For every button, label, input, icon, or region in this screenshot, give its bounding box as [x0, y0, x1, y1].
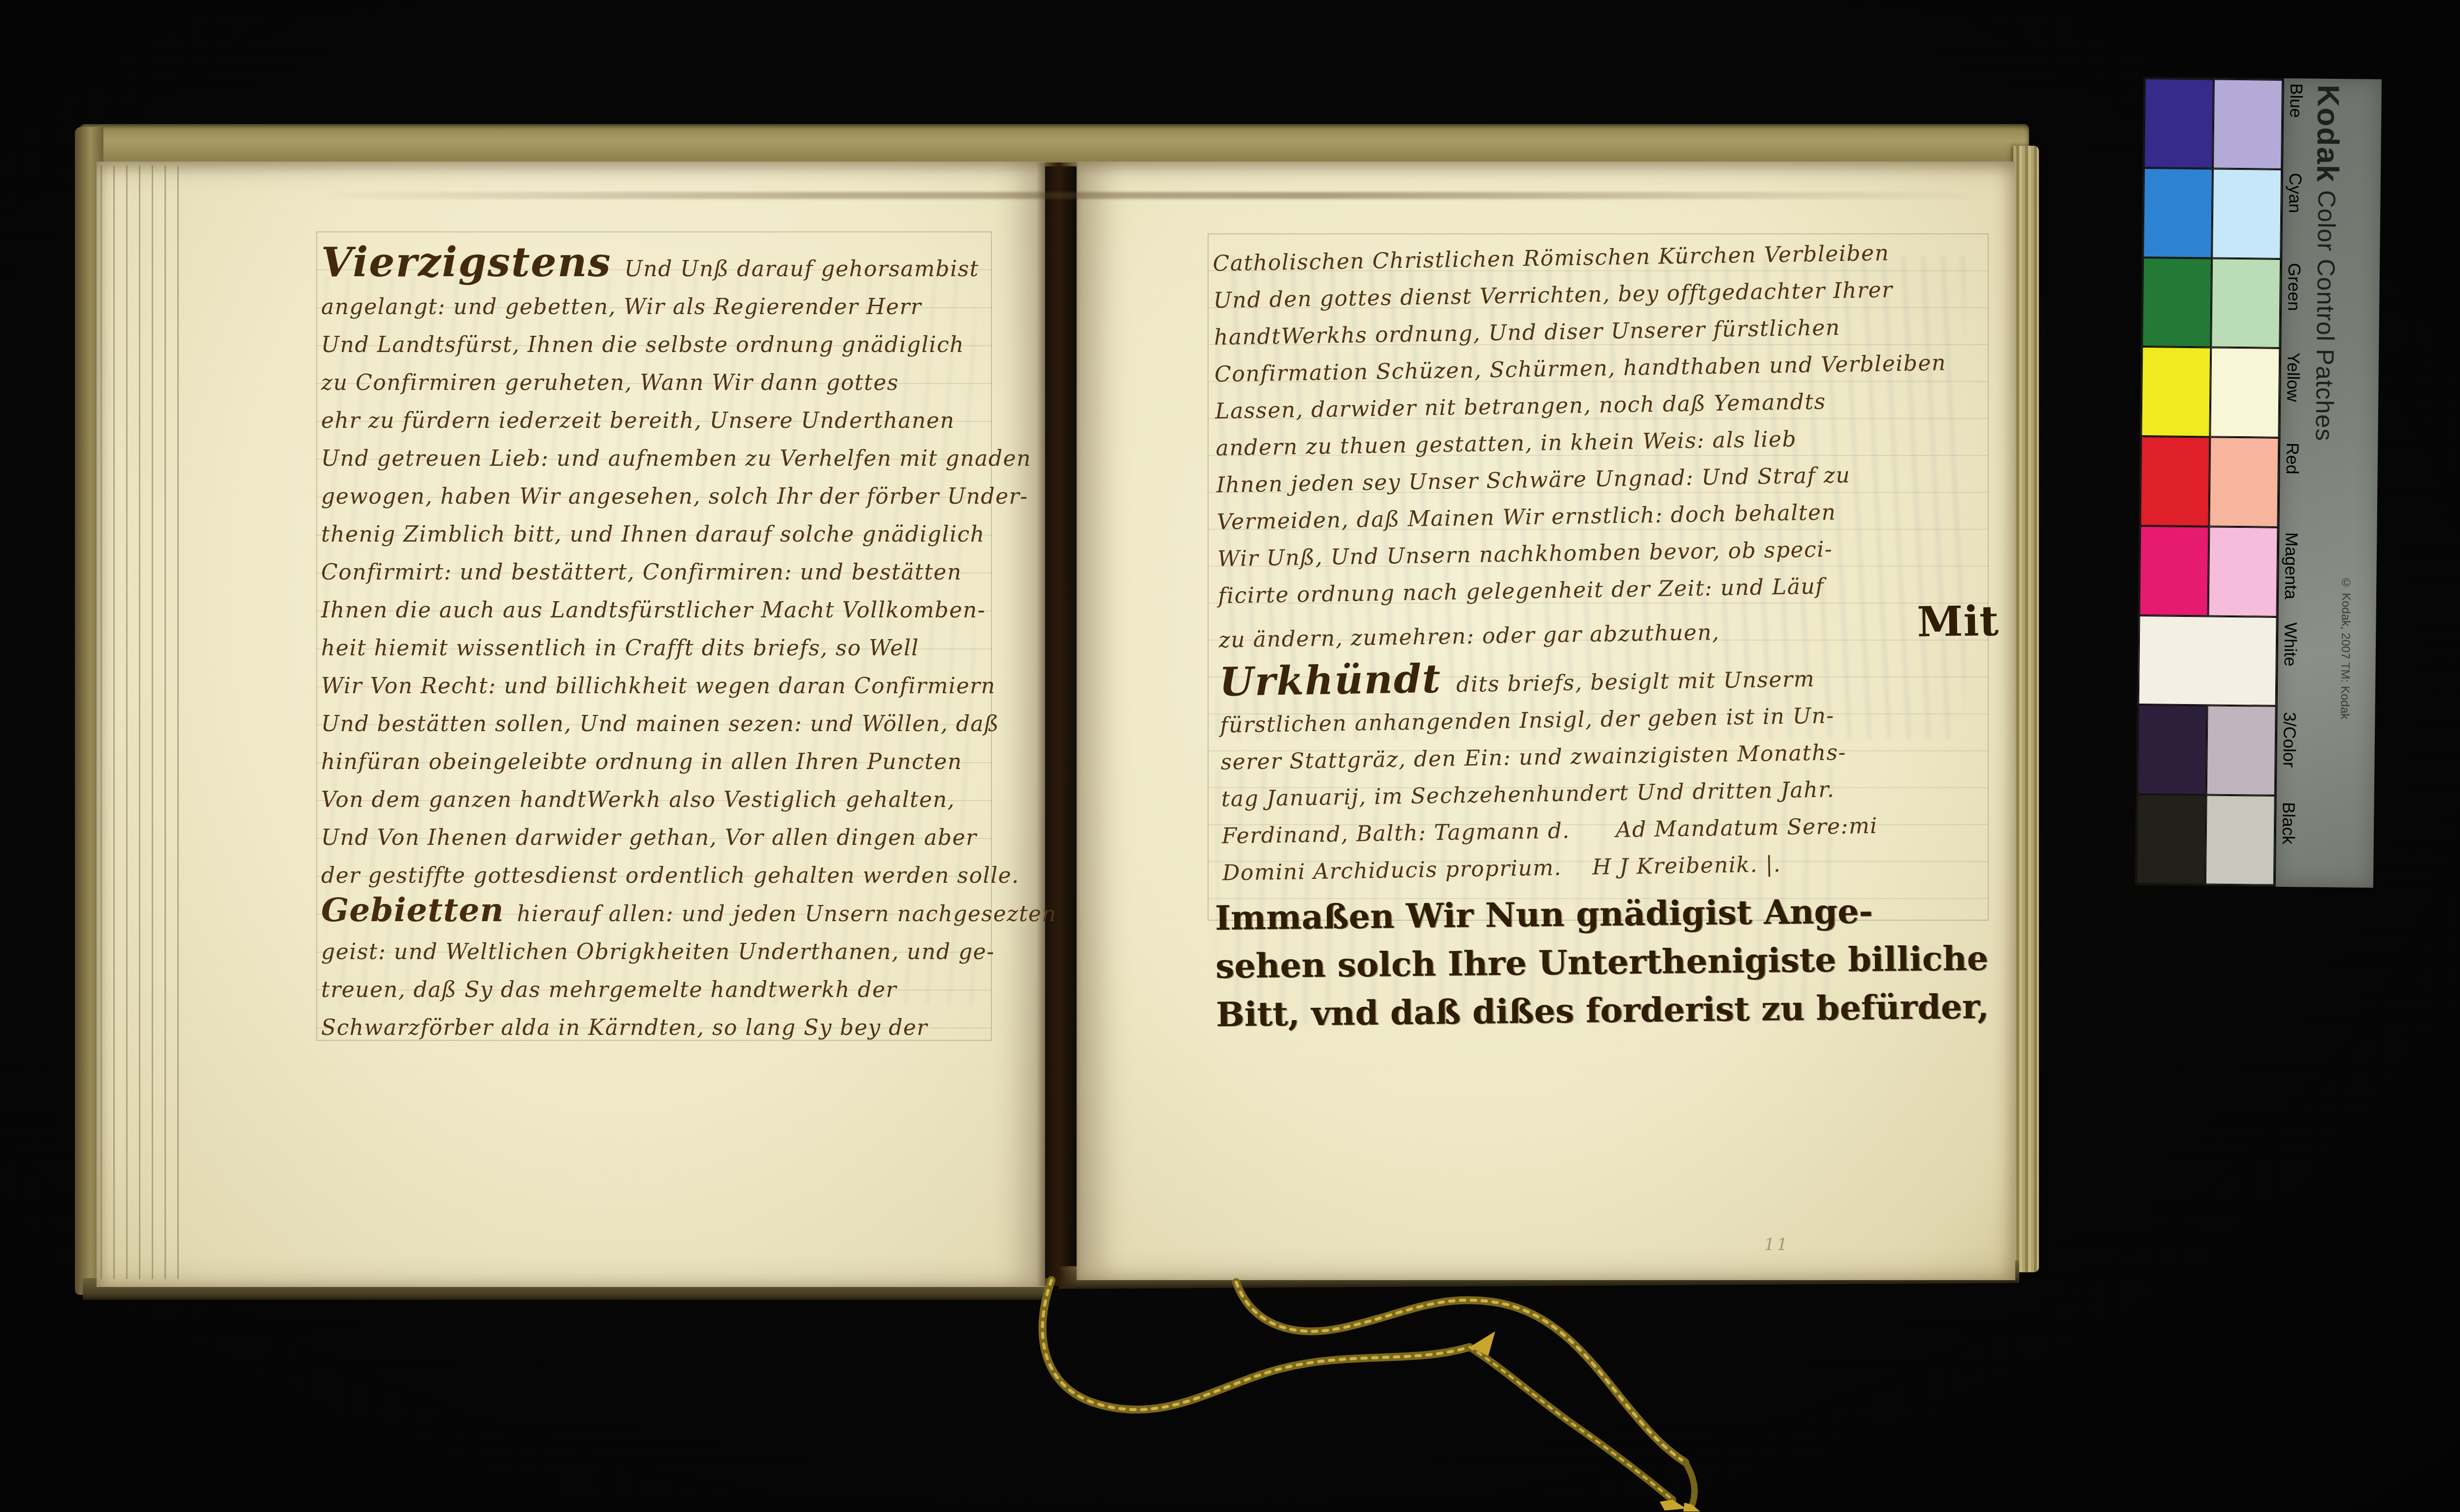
manuscript-line: Schwarzförber alda in Kärndten, so lang …	[321, 1009, 1001, 1047]
patch-label-black: Black	[2278, 802, 2298, 844]
patch-saturated	[2137, 705, 2207, 795]
manuscript-line: Wir Von Recht: und billichkheit wegen da…	[321, 667, 1001, 705]
patch-saturated	[2140, 436, 2210, 526]
section-heading-gebietten: Gebietten	[321, 889, 504, 931]
patch-full	[2138, 615, 2277, 707]
patch-tint	[2210, 348, 2280, 438]
gebietten-line-continuation: hierauf allen: und jeden Unsern nachgese…	[517, 895, 1057, 933]
patch-tint	[2213, 79, 2283, 169]
manuscript-line: treuen, daß Sy das mehrgemelte handtwerk…	[321, 971, 1001, 1009]
patch-saturated	[2139, 526, 2209, 616]
patch-row-yellow	[2141, 347, 2280, 438]
patch-row-3color	[2137, 705, 2276, 796]
patch-tint	[2205, 795, 2275, 885]
kodak-strip-title: Kodak Color Control Patches	[2307, 85, 2346, 442]
patch-tint	[2208, 526, 2278, 616]
manuscript-line: thenig Zimblich bitt, und Ihnen darauf s…	[321, 515, 1001, 553]
binding-cord-svg	[1005, 1256, 1743, 1512]
gebietten-paragraph: geist: und Weltlichen Obrigkheiten Under…	[321, 933, 1001, 1047]
patch-label-white: White	[2280, 622, 2300, 667]
right-paragraph: Catholischen Christlichen Römischen Kürc…	[1213, 233, 1999, 614]
manuscript-line: zu Confirmiren geruheten, Wann Wir dann …	[321, 364, 1001, 402]
patch-label-cyan: Cyan	[2285, 173, 2305, 213]
kodak-title-rest: Color Control Patches	[2310, 183, 2340, 442]
patch-saturated	[2142, 257, 2212, 348]
patch-tint	[2206, 706, 2276, 796]
book-cover-top-edge	[79, 124, 2029, 166]
catchword-mit: Mit	[1917, 602, 2000, 641]
left-paragraph: angelangt: und gebetten, Wir als Regiere…	[321, 288, 1001, 895]
manuscript-line: Bitt, vnd daß dißes forderist zu befürde…	[1216, 983, 1985, 1039]
manuscript-line: Und bestätten sollen, Und mainen sezen: …	[321, 705, 1001, 743]
section-heading-vierzigstens: Vierzigstens	[321, 240, 612, 285]
patch-row-black	[2136, 794, 2275, 885]
manuscript-line: Und getreuen Lieb: und aufnemben zu Verh…	[321, 440, 1001, 478]
kodak-brand-logo: Kodak	[2310, 85, 2345, 183]
patch-label-green: Green	[2284, 263, 2304, 311]
left-page-gebietten-block: Gebietten hierauf allen: und jeden Unser…	[321, 889, 1001, 1047]
manuscript-line: heit hiemit wissentlich in Crafft dits b…	[321, 629, 1001, 667]
patch-row-magenta	[2139, 526, 2278, 617]
manuscript-line: geist: und Weltlichen Obrigkheiten Under…	[321, 933, 1001, 971]
patch-label-magenta: Magenta	[2281, 532, 2301, 600]
patch-row-cyan	[2143, 168, 2282, 259]
manuscript-line: Und Von Ihenen darwider gethan, Vor alle…	[321, 819, 1001, 857]
left-page-text-block: Vierzigstens Und Unß darauf gehorsambist…	[321, 240, 1001, 895]
patch-label-3color: 3/Color	[2279, 712, 2299, 768]
patch-label-red: Red	[2282, 443, 2302, 475]
left-heading-line: Vierzigstens Und Unß darauf gehorsambist	[321, 240, 1001, 288]
patch-tint	[2212, 168, 2282, 258]
gebietten-heading-line: Gebietten hierauf allen: und jeden Unser…	[321, 889, 1001, 933]
right-page-text-block: Catholischen Christlichen Römischen Kürc…	[1213, 233, 2003, 892]
manuscript-line: Confirmirt: und bestättert, Confirmiren:…	[321, 553, 1001, 591]
patch-label-blue: Blue	[2286, 83, 2306, 118]
urkhundt-line-continuation: dits briefs, besiglt mit Unserm	[1456, 661, 1815, 703]
dating-signature-paragraph: fürstlichen anhangenden Insigl, der gebe…	[1220, 695, 2003, 892]
book-gutter	[1036, 162, 1080, 1286]
patch-saturated	[2143, 168, 2213, 258]
color-patch-grid	[2135, 77, 2284, 887]
manuscript-line: hinfüran obeingeleibte ordnung in allen …	[321, 743, 1001, 781]
heading-line-continuation: Und Unß darauf gehorsambist	[624, 250, 979, 288]
manuscript-line: Ihnen die auch aus Landtsfürstlicher Mac…	[321, 591, 1001, 629]
archival-photo-stage: Vierzigstens Und Unß darauf gehorsambist…	[0, 0, 2460, 1512]
kodak-color-control-strip: BlueCyanGreenYellowRedMagentaWhite3/Colo…	[2135, 77, 2382, 888]
manuscript-line: gewogen, haben Wir angesehen, solch Ihr …	[321, 478, 1001, 515]
patch-tint	[2211, 258, 2281, 348]
manuscript-line: angelangt: und gebetten, Wir als Regiere…	[321, 288, 1001, 326]
manuscript-line: Von dem ganzen handtWerkh also Vestiglic…	[321, 781, 1001, 819]
kodak-label-band: BlueCyanGreenYellowRedMagentaWhite3/Colo…	[2276, 78, 2382, 888]
immassen-lines: Immaßen Wir Nun gnädigist Ange-sehen sol…	[1215, 886, 1985, 1039]
manuscript-line: ehr zu fürdern iederzeit bereith, Unsere…	[321, 402, 1001, 440]
manuscript-line: Immaßen Wir Nun gnädigist Ange-	[1215, 886, 1984, 942]
patch-row-white	[2138, 615, 2277, 707]
page-stack-edges	[100, 165, 183, 1279]
manuscript-line: Und Landtsfürst, Ihnen die selbste ordnu…	[321, 326, 1001, 364]
patch-saturated	[2136, 794, 2206, 884]
page-top-smudge	[315, 192, 1990, 199]
manuscript-line: sehen solch Ihre Unterthenigiste billich…	[1215, 934, 1984, 991]
patch-row-blue	[2144, 78, 2283, 169]
book-fore-edge-right	[2013, 146, 2039, 1272]
patch-row-red	[2140, 436, 2279, 527]
patch-saturated	[2141, 347, 2211, 437]
folio-number: 11	[1764, 1235, 1789, 1255]
patch-saturated	[2144, 78, 2214, 168]
immassen-chancery-block: Immaßen Wir Nun gnädigist Ange-sehen sol…	[1215, 886, 1985, 1039]
patch-row-green	[2142, 257, 2281, 349]
mit-line-text: zu ändern, zumehren: oder gar abzuthuen,	[1218, 614, 1720, 659]
patch-label-yellow: Yellow	[2283, 353, 2303, 402]
section-heading-urkhundt: Urkhündt	[1219, 655, 1442, 705]
patch-tint	[2209, 437, 2279, 527]
patch-row-labels: BlueCyanGreenYellowRedMagentaWhite3/Colo…	[2284, 78, 2382, 79]
kodak-copyright: © Kodak, 2007 TM: Kodak	[2337, 576, 2353, 719]
cord-strands	[1043, 1280, 1695, 1505]
